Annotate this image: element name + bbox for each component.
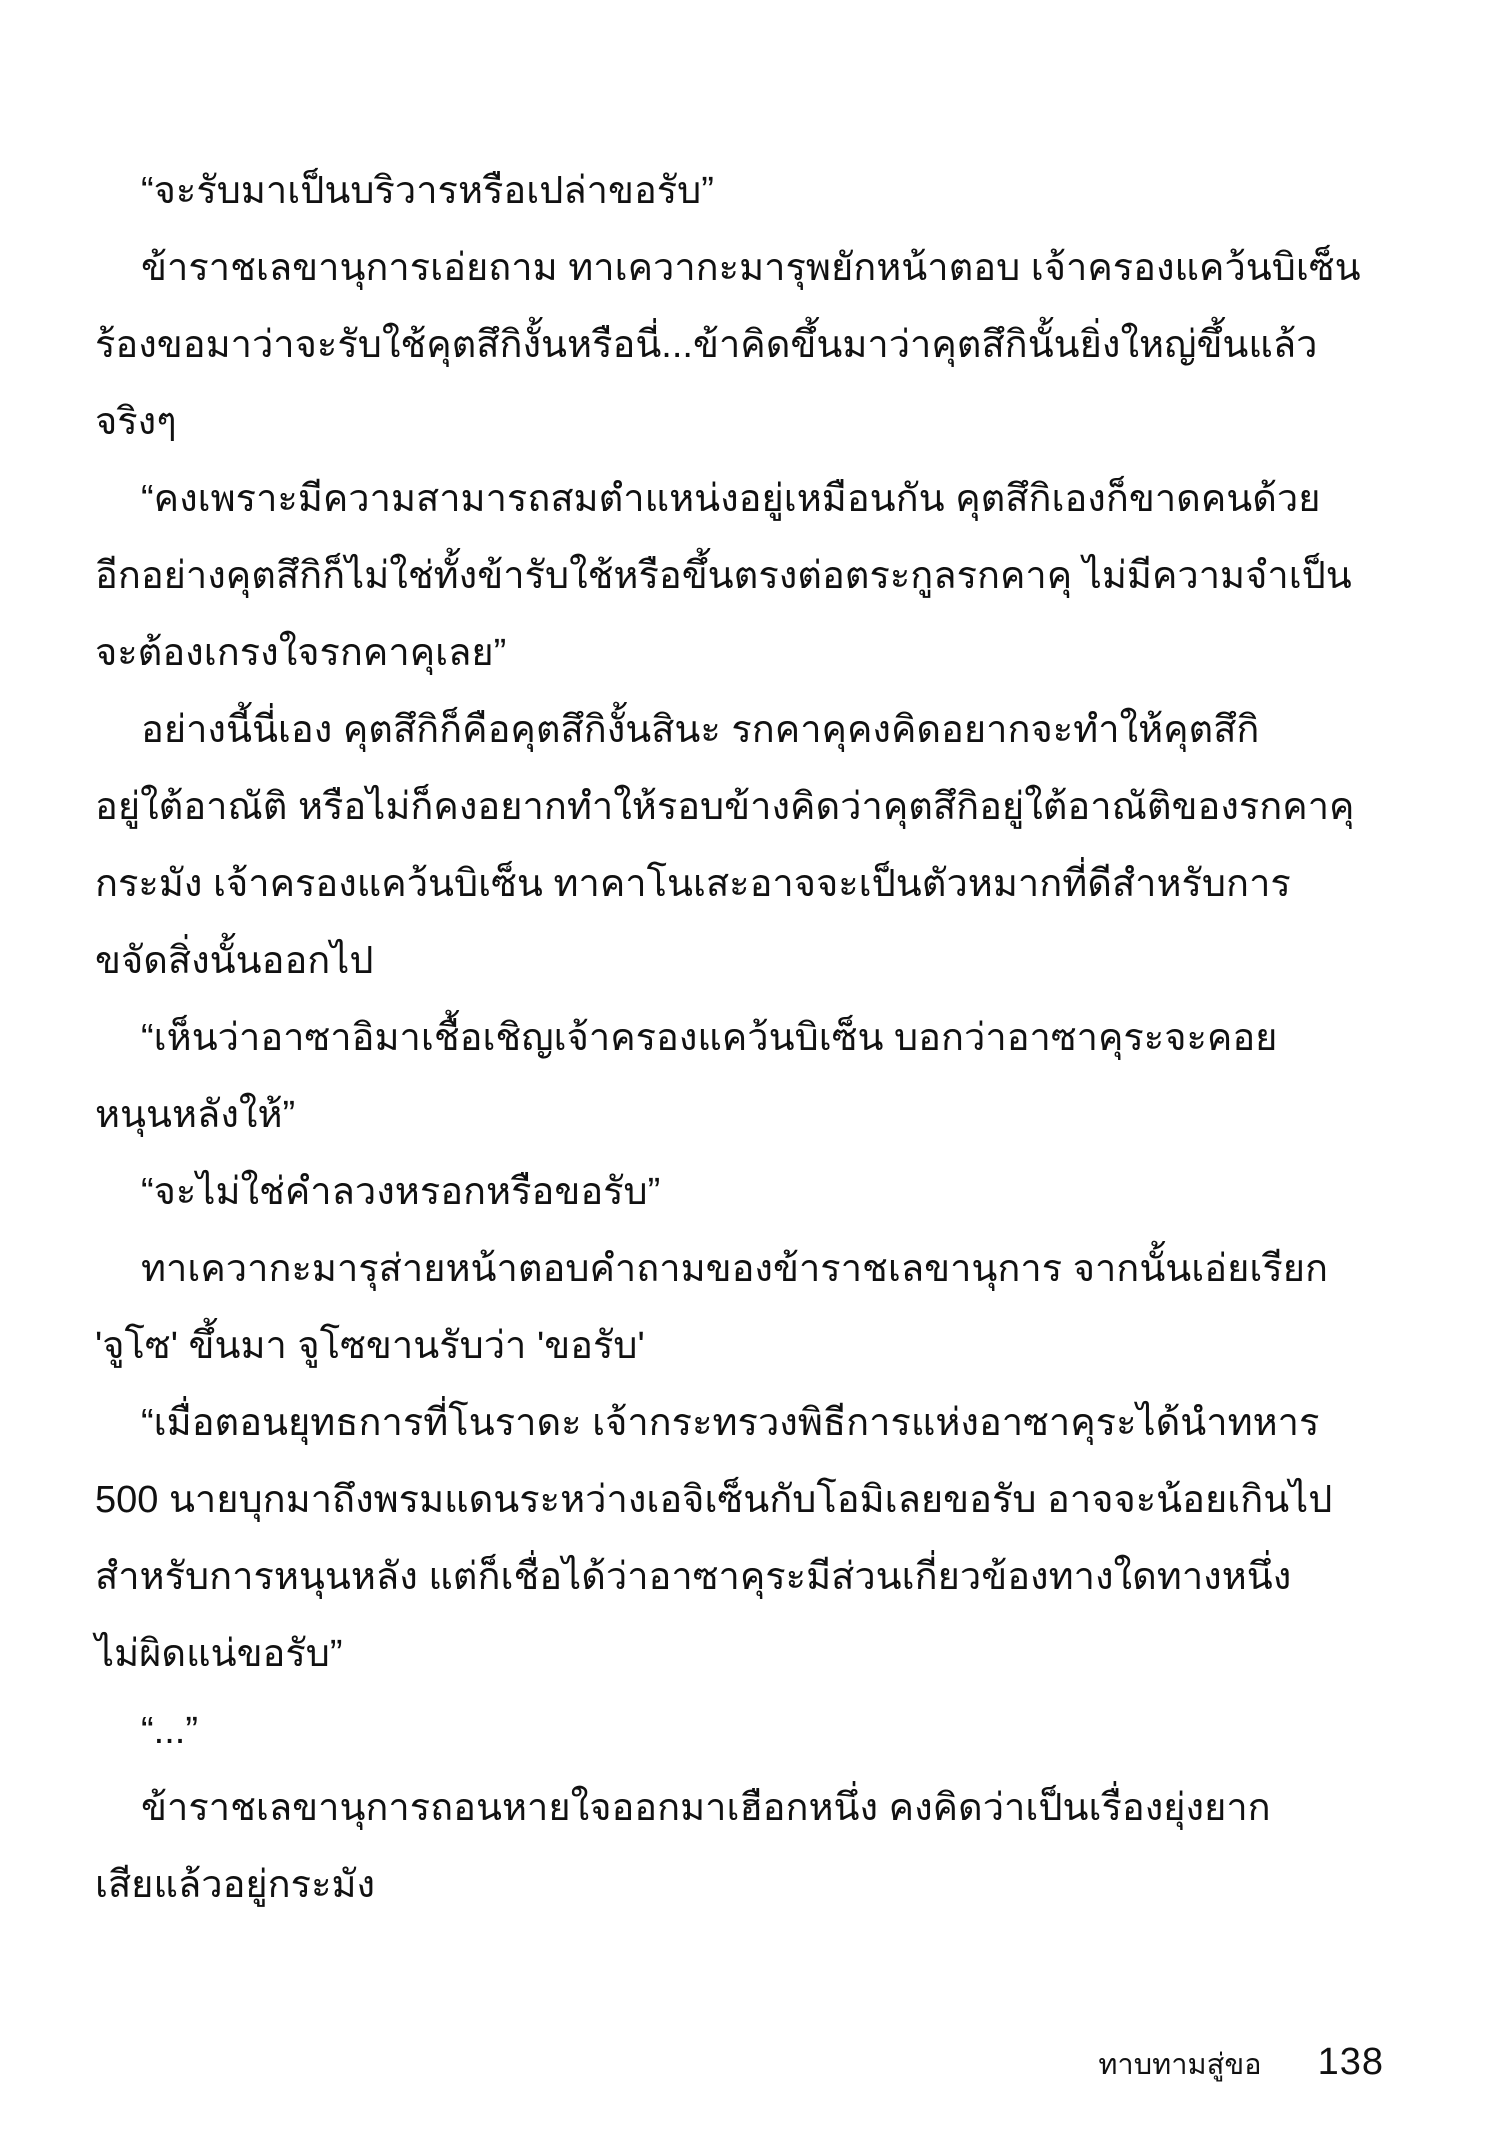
paragraph: “จะไม่ใช่คำลวงหรอกหรือขอรับ” — [95, 1154, 1437, 1231]
page-text: “จะรับมาเป็นบริวารหรือเปล่าขอรับ”ข้าราชเ… — [95, 153, 1437, 1924]
text-line: “คงเพราะมีความสามารถสมตำแหน่งอยู่เหมือนก… — [95, 461, 1437, 538]
text-line: ข้าราชเลขานุการถอนหายใจออกมาเฮือกหนึ่ง ค… — [95, 1770, 1437, 1847]
paragraph: “...” — [95, 1693, 1437, 1770]
text-line: สำหรับการหนุนหลัง แต่ก็เชื่อได้ว่าอาซาคุ… — [95, 1539, 1437, 1616]
text-line: ไม่ผิดแน่ขอรับ” — [95, 1616, 1437, 1693]
text-line: จะต้องเกรงใจรกคาคุเลย” — [95, 615, 1437, 692]
chapter-title: ทาบทามสู่ขอ — [1098, 2041, 1261, 2089]
text-line: ขจัดสิ่งนั้นออกไป — [95, 923, 1437, 1000]
text-line: 500 นายบุกมาถึงพรมแดนระหว่างเอจิเซ็นกับโ… — [95, 1462, 1437, 1539]
paragraph: ทาเควากะมารุส่ายหน้าตอบคำถามของข้าราชเลข… — [95, 1231, 1437, 1385]
text-line: “...” — [95, 1693, 1437, 1770]
text-line: อีกอย่างคุตสึกิก็ไม่ใช่ทั้งข้ารับใช้หรือ… — [95, 538, 1437, 615]
page-number: 138 — [1318, 2038, 1384, 2086]
paragraph: “คงเพราะมีความสามารถสมตำแหน่งอยู่เหมือนก… — [95, 461, 1437, 692]
paragraph: ข้าราชเลขานุการถอนหายใจออกมาเฮือกหนึ่ง ค… — [95, 1770, 1437, 1924]
text-line: “เมื่อตอนยุทธการที่โนราดะ เจ้ากระทรวงพิธ… — [95, 1385, 1437, 1462]
text-line: ทาเควากะมารุส่ายหน้าตอบคำถามของข้าราชเลข… — [95, 1231, 1437, 1308]
text-line: หนุนหลังให้” — [95, 1077, 1437, 1154]
text-line: “จะรับมาเป็นบริวารหรือเปล่าขอรับ” — [95, 153, 1437, 230]
text-line: อย่างนี้นี่เอง คุตสึกิก็คือคุตสึกิงั้นสิ… — [95, 692, 1437, 769]
text-line: จริงๆ — [95, 384, 1437, 461]
page-footer: ทาบทามสู่ขอ 138 — [1098, 2038, 1384, 2089]
paragraph: “เมื่อตอนยุทธการที่โนราดะ เจ้ากระทรวงพิธ… — [95, 1385, 1437, 1693]
text-line: 'จูโซ' ขึ้นมา จูโซขานรับว่า 'ขอรับ' — [95, 1308, 1437, 1385]
text-line: “จะไม่ใช่คำลวงหรอกหรือขอรับ” — [95, 1154, 1437, 1231]
paragraph: ข้าราชเลขานุการเอ่ยถาม ทาเควากะมารุพยักห… — [95, 230, 1437, 461]
text-line: เสียแล้วอยู่กระมัง — [95, 1847, 1437, 1924]
text-line: กระมัง เจ้าครองแคว้นบิเซ็น ทาคาโนเสะอาจจ… — [95, 846, 1437, 923]
text-line: ข้าราชเลขานุการเอ่ยถาม ทาเควากะมารุพยักห… — [95, 230, 1437, 307]
text-line: ร้องขอมาว่าจะรับใช้คุตสึกิงั้นหรือนี่...… — [95, 307, 1437, 384]
text-line: “เห็นว่าอาซาอิมาเชื้อเชิญเจ้าครองแคว้นบิ… — [95, 1000, 1437, 1077]
book-page: “จะรับมาเป็นบริวารหรือเปล่าขอรับ”ข้าราชเ… — [0, 0, 1512, 2150]
paragraph: “เห็นว่าอาซาอิมาเชื้อเชิญเจ้าครองแคว้นบิ… — [95, 1000, 1437, 1154]
paragraph: อย่างนี้นี่เอง คุตสึกิก็คือคุตสึกิงั้นสิ… — [95, 692, 1437, 1000]
text-line: อยู่ใต้อาณัติ หรือไม่ก็คงอยากทำให้รอบข้า… — [95, 769, 1437, 846]
paragraph: “จะรับมาเป็นบริวารหรือเปล่าขอรับ” — [95, 153, 1437, 230]
